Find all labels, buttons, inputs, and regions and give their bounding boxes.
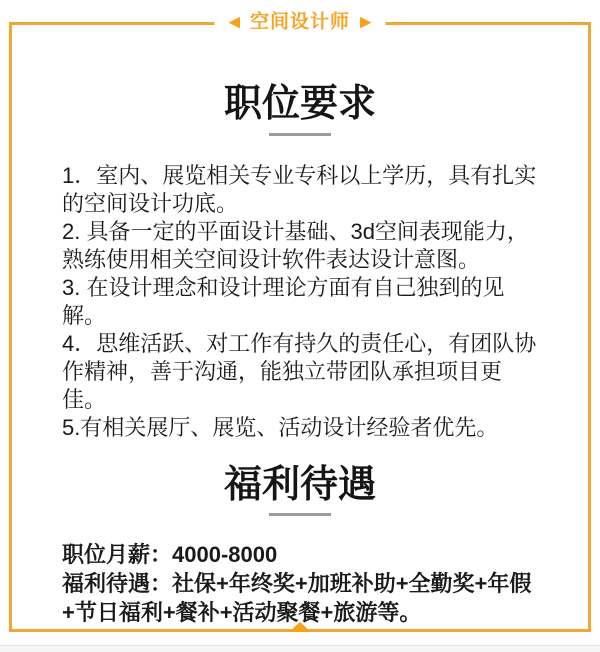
bottom-pointer-triangle-icon xyxy=(289,622,311,632)
salary-line: 职位月薪：4000-8000 xyxy=(62,540,544,569)
requirement-item-5: 5.有相关展厅、展览、活动设计经验者优先。 xyxy=(62,414,544,442)
benefits-block: 职位月薪：4000-8000 福利待遇：社保+年终奖+加班补助+全勤奖+年假+节… xyxy=(62,540,544,627)
job-title: 空间设计师 xyxy=(250,13,350,32)
benefits-section-title: 福利待遇 xyxy=(12,464,588,508)
right-triangle-icon: ▶ xyxy=(360,15,372,30)
poster-frame: ◀ 空间设计师 ▶ 职位要求 1．室内、展览相关专业专科以上学历，具有扎实的空间… xyxy=(9,22,591,632)
requirements-list: 1．室内、展览相关专业专科以上学历，具有扎实的空间设计功底。 2. 具备一定的平… xyxy=(62,162,544,442)
left-triangle-icon: ◀ xyxy=(228,15,240,30)
benefits-title-underline xyxy=(269,513,331,516)
page-footer-strip xyxy=(0,645,600,652)
requirement-item-2: 2. 具备一定的平面设计基础、3d空间表现能力，熟练使用相关空间设计软件表达设计… xyxy=(62,218,544,274)
requirements-section-title: 职位要求 xyxy=(12,83,588,127)
requirement-item-1: 1．室内、展览相关专业专科以上学历，具有扎实的空间设计功底。 xyxy=(62,162,544,218)
requirements-title-underline xyxy=(269,133,331,136)
header-ribbon: ◀ 空间设计师 ▶ xyxy=(214,13,385,32)
requirement-item-3: 3. 在设计理念和设计理论方面有自己独到的见解。 xyxy=(62,274,544,330)
requirement-item-4: 4．思维活跃、对工作有持久的责任心，有团队协作精神，善于沟通，能独立带团队承担项… xyxy=(62,330,544,414)
benefits-details-line: 福利待遇：社保+年终奖+加班补助+全勤奖+年假+节日福利+餐补+活动聚餐+旅游等… xyxy=(62,569,544,627)
